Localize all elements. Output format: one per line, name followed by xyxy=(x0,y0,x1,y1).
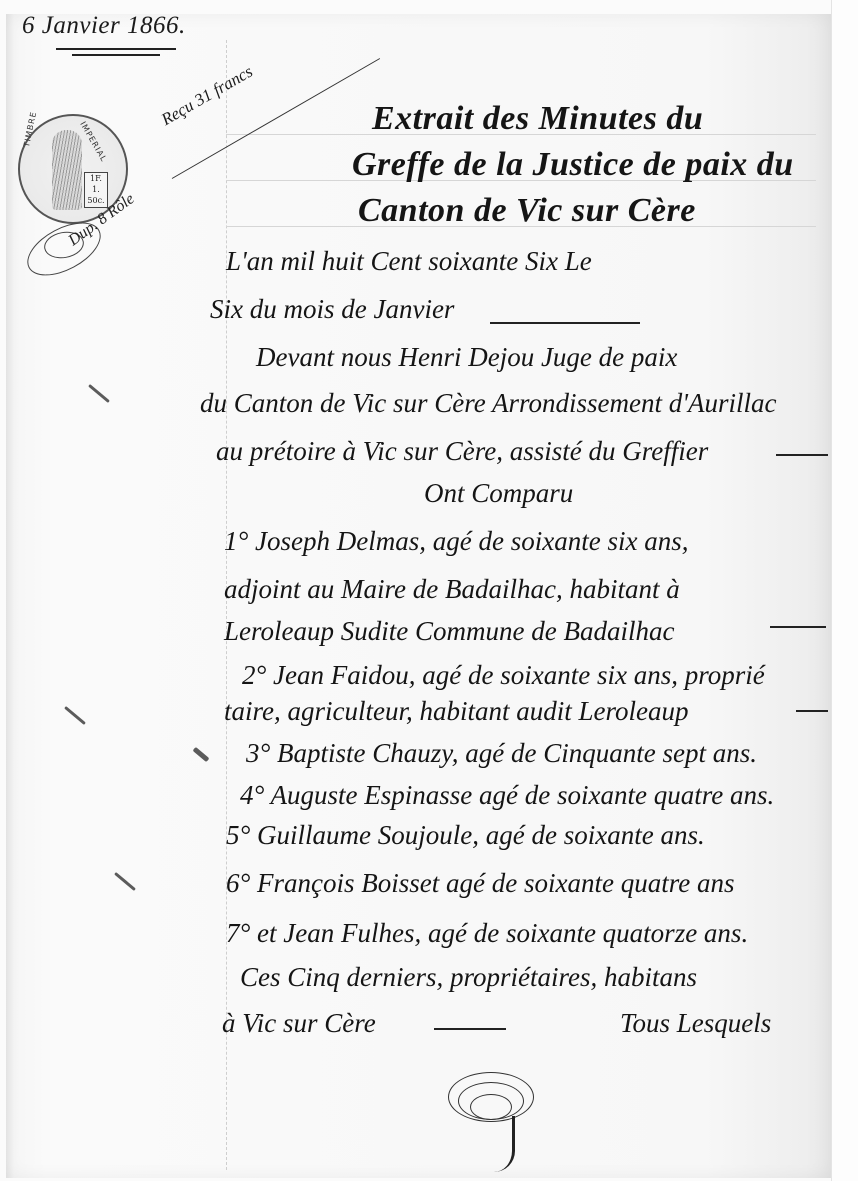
stamp-right-text: IMPERIAL xyxy=(78,120,108,163)
filler-dash xyxy=(796,710,828,712)
body-line: 7° et Jean Fulhes, agé de soixante quato… xyxy=(226,918,748,949)
stamp-value-line: 1. xyxy=(85,184,107,195)
body-line: 2° Jean Faidou, agé de soixante six ans,… xyxy=(242,660,765,691)
filler-dash xyxy=(490,322,640,324)
body-line: taire, agriculteur, habitant audit Lerol… xyxy=(224,696,688,727)
body-line: 1° Joseph Delmas, agé de soixante six an… xyxy=(224,526,688,557)
title-line-1: Extrait des Minutes du xyxy=(372,100,703,138)
body-line: L'an mil huit Cent soixante Six Le xyxy=(226,246,592,277)
body-line: adjoint au Maire de Badailhac, habitant … xyxy=(224,574,680,605)
body-line: 6° François Boisset agé de soixante quat… xyxy=(226,868,734,899)
body-line: Tous Lesquels xyxy=(620,1008,771,1039)
header-date: 6 Janvier 1866. xyxy=(22,12,186,40)
filler-dash xyxy=(770,626,826,628)
filler-dash xyxy=(434,1028,506,1030)
margin-rule xyxy=(226,40,227,1170)
body-line: 5° Guillaume Soujoule, agé de soixante a… xyxy=(226,820,705,851)
body-line: au prétoire à Vic sur Cère, assisté du G… xyxy=(216,436,708,467)
page-edge xyxy=(831,0,858,1181)
body-line: du Canton de Vic sur Cère Arrondissement… xyxy=(200,388,776,419)
body-line: 4° Auguste Espinasse agé de soixante qua… xyxy=(240,780,774,811)
date-underline xyxy=(72,54,160,56)
stamp-value-line: 1F. xyxy=(85,173,107,184)
body-line: Leroleaup Sudite Commune de Badailhac xyxy=(224,616,674,647)
stamp-value-line: 50c. xyxy=(85,195,107,206)
stamp-value: 1F. 1. 50c. xyxy=(84,172,108,208)
date-underline xyxy=(56,48,176,50)
filler-dash xyxy=(776,454,828,456)
title-line-2: Greffe de la Justice de paix du xyxy=(352,146,794,184)
body-line: Devant nous Henri Dejou Juge de paix xyxy=(256,342,677,373)
body-line: 3° Baptiste Chauzy, agé de Cinquante sep… xyxy=(246,738,757,769)
body-line: Six du mois de Janvier xyxy=(210,294,454,325)
body-line: Ces Cinq derniers, propriétaires, habita… xyxy=(240,962,697,993)
body-line: à Vic sur Cère xyxy=(222,1008,376,1039)
section-heading: Ont Comparu xyxy=(424,478,573,509)
justice-figure-icon xyxy=(52,130,82,210)
title-line-3: Canton de Vic sur Cère xyxy=(358,192,696,230)
